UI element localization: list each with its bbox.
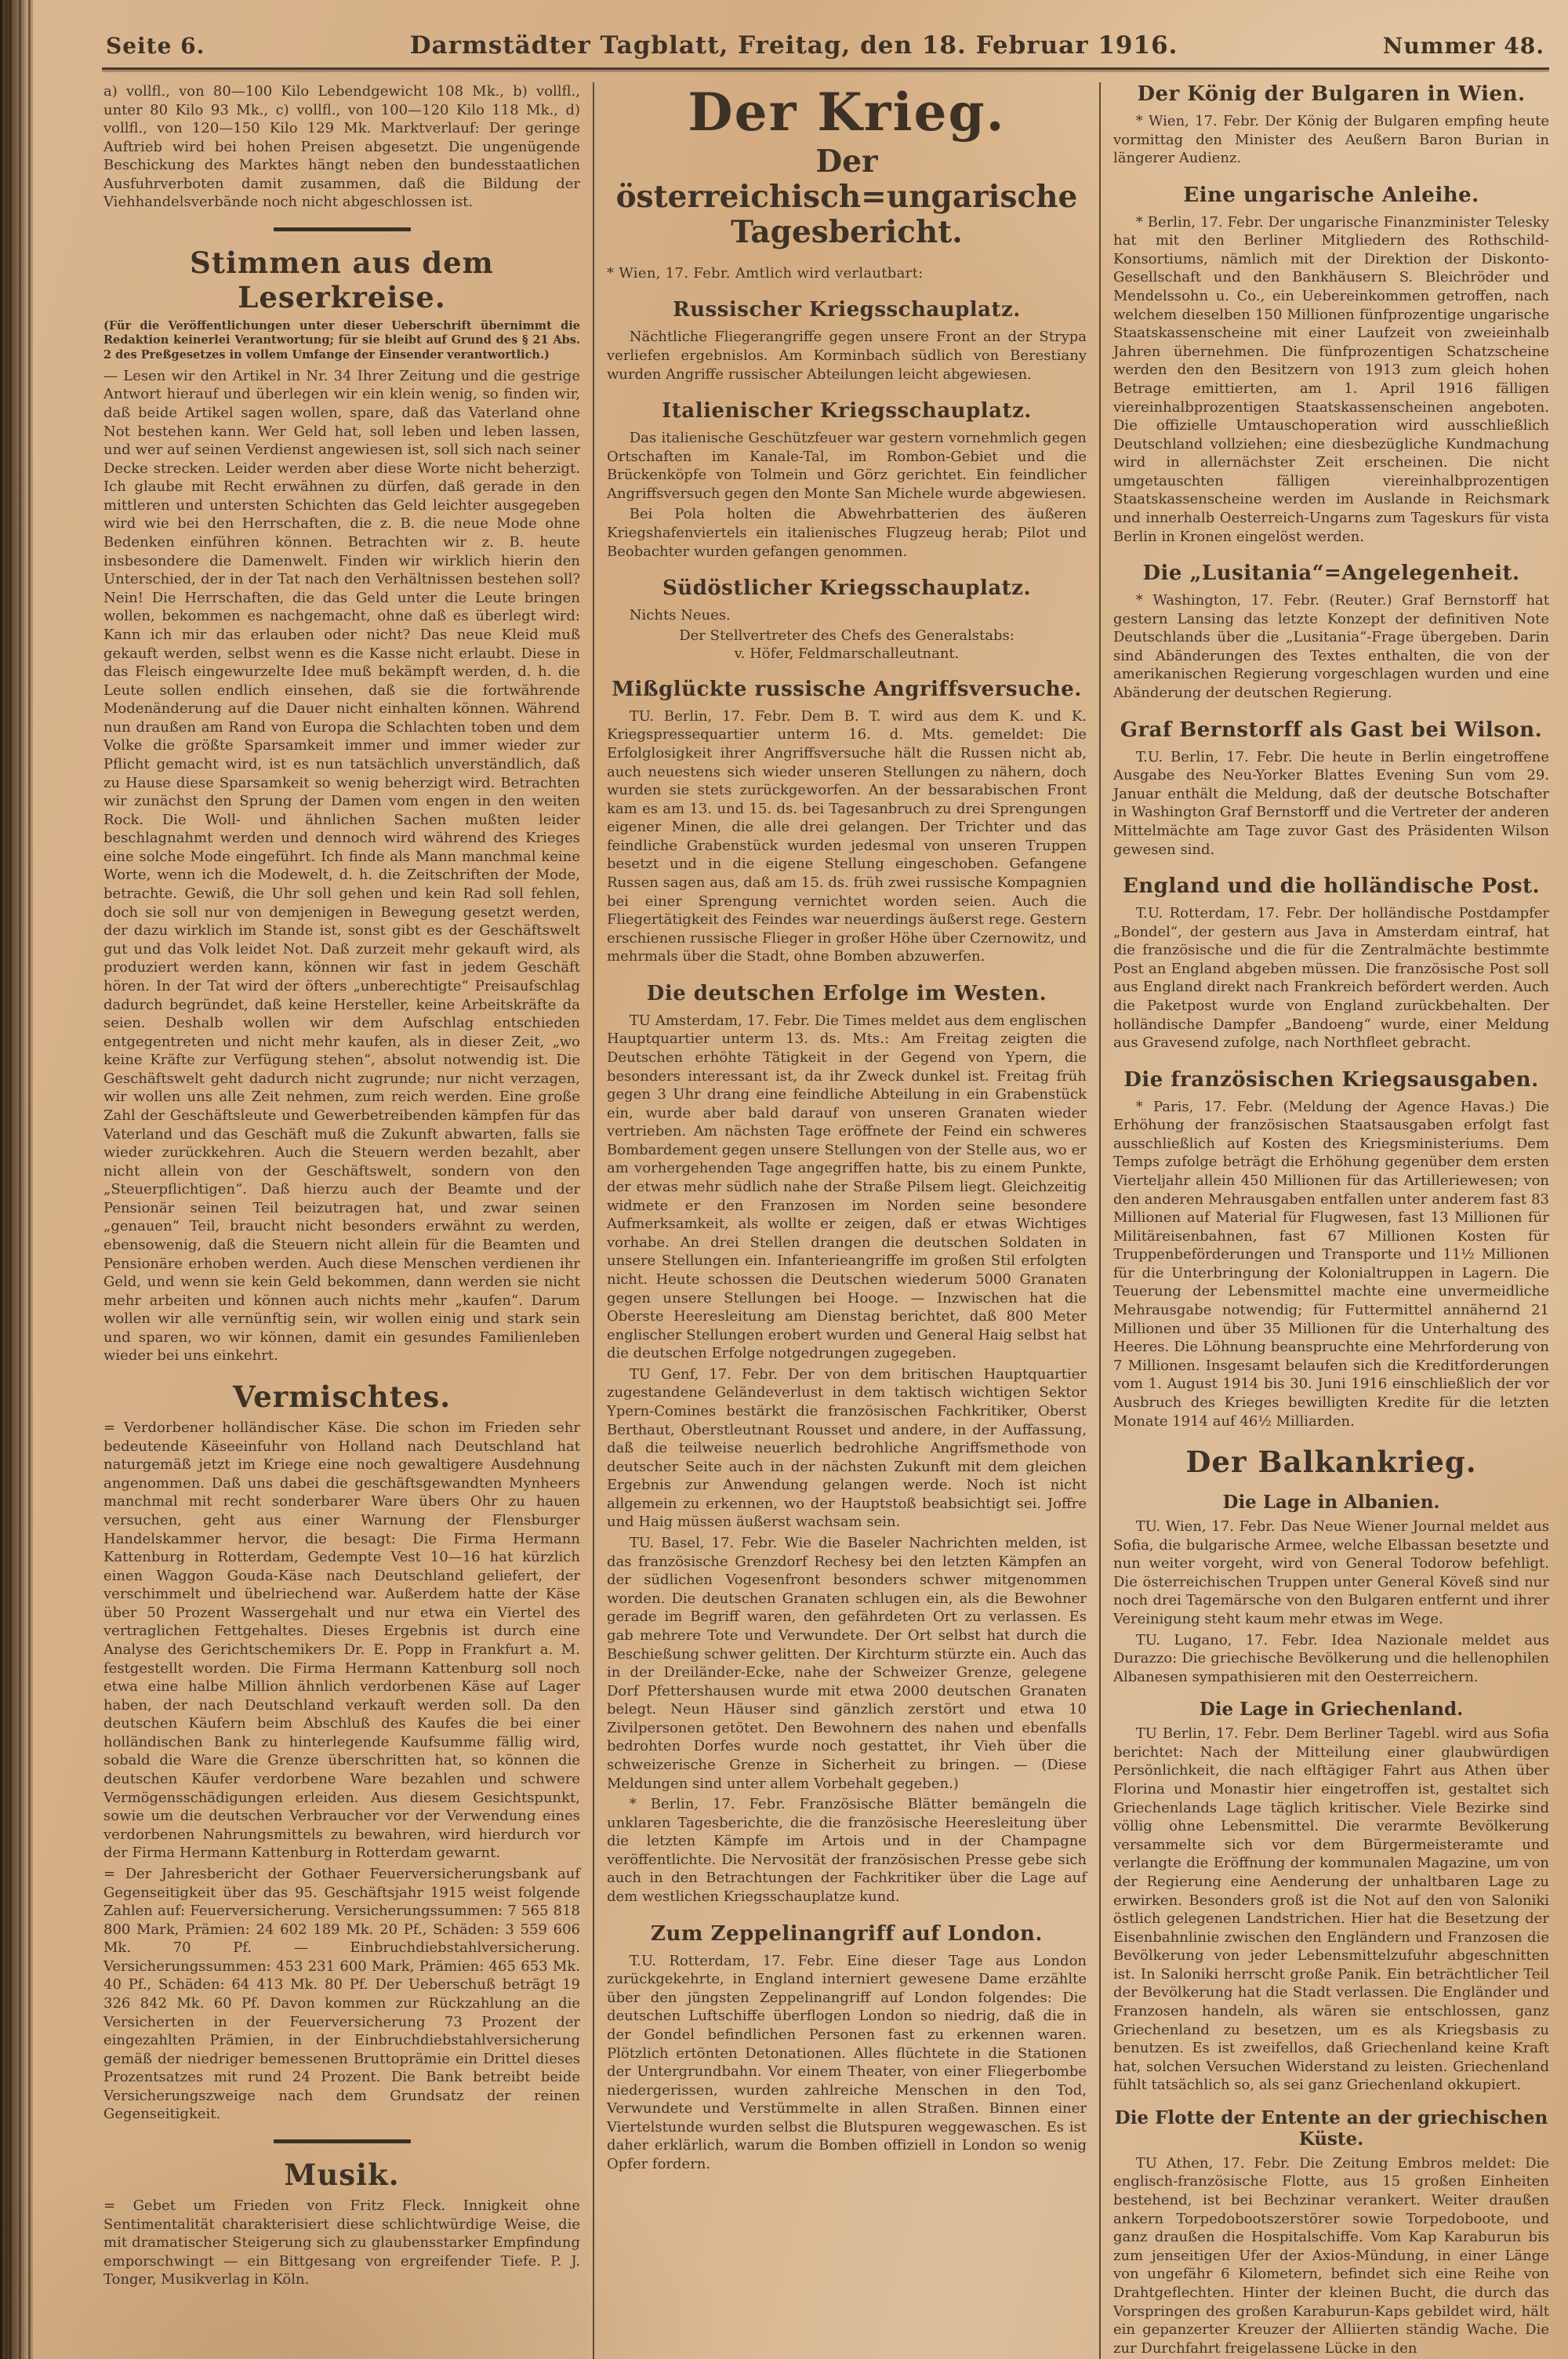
russischer-paragraph: Nächtliche Fliegerangriffe gegen unsere … [607,328,1087,383]
tagesbericht-heading: Der österreichisch=ungarische Tagesberic… [607,144,1087,250]
italienischer-paragraph-2: Bei Pola holten die Abwehrbatterien des … [607,505,1087,561]
bernstorff-paragraph: T.U. Berlin, 17. Febr. Die heute in Berl… [1113,748,1549,859]
book-binding-edge [0,0,33,2359]
italienischer-kriegsschauplatz-heading: Italienischer Kriegsschauplatz. [607,399,1087,423]
kriegsausgaben-heading: Die französischen Kriegsausgaben. [1113,1068,1549,1092]
deutsche-erfolge-paragraph-2: TU Genf, 17. Febr. Der von dem britische… [607,1365,1087,1532]
music-review-paragraph: = Gebet um Frieden von Fritz Fleck. Inni… [103,2197,580,2289]
zeppelinangriff-paragraph: T.U. Rotterdam, 17. Febr. Eine dieser Ta… [607,1952,1087,2174]
page-header: Seite 6. Darmstädter Tagblatt, Freitag, … [0,0,1568,66]
suedoestlicher-kriegsschauplatz-heading: Südöstlicher Kriegsschauplatz. [607,576,1087,600]
columns-container: a) vollfl., von 80—100 Kilo Lebendgewich… [0,70,1568,2359]
bernstorff-heading: Graf Bernstorff als Gast bei Wilson. [1113,718,1549,742]
market-report-paragraph: a) vollfl., von 80—100 Kilo Lebendgewich… [103,82,580,212]
zeppelinangriff-heading: Zum Zeppelinangriff auf London. [607,1922,1087,1946]
page-number-label: Seite 6. [106,33,205,59]
lusitania-heading: Die „Lusitania“=Angelegenheit. [1113,562,1549,585]
balkankrieg-heading: Der Balkankrieg. [1113,1445,1549,1479]
suedoestlicher-paragraph: Nichts Neues. [607,606,1087,625]
signature-line-2: v. Höfer, Feldmarschalleutnant. [607,645,1087,662]
lage-albanien-paragraph-1: TU. Wien, 17. Febr. Das Neue Wiener Jour… [1113,1518,1549,1628]
russischer-kriegsschauplatz-heading: Russischer Kriegsschauplatz. [607,298,1087,322]
masthead-title: Darmstädter Tagblatt, Freitag, den 18. F… [205,31,1382,60]
wien-dateline: * Wien, 17. Febr. Amtlich wird verlautba… [607,264,1087,283]
musik-heading: Musik. [103,2157,580,2192]
lage-albanien-paragraph-2: TU. Lugano, 17. Febr. Idea Nazionale mel… [1113,1631,1549,1687]
lage-griechenland-heading: Die Lage in Griechenland. [1113,1699,1549,1720]
flotte-entente-paragraph: TU Athen, 17. Febr. Die Zeitung Embros m… [1113,2154,1549,2357]
koenig-bulgaren-paragraph: * Wien, 17. Febr. Der König der Bulgaren… [1113,112,1549,168]
deutsche-erfolge-paragraph-3: TU. Basel, 17. Febr. Wie die Baseler Nac… [607,1534,1087,1793]
kriegsausgaben-paragraph: * Paris, 17. Febr. (Meldung der Agence H… [1113,1098,1549,1430]
section-divider [274,227,411,231]
krieg-main-heading: Der Krieg. [607,85,1087,140]
issue-number-label: Nummer 48. [1383,33,1544,59]
deutsche-erfolge-heading: Die deutschen Erfolge im Westen. [607,982,1087,1005]
ungarische-anleihe-paragraph: * Berlin, 17. Febr. Der ungarische Finan… [1113,213,1549,546]
editorial-disclaimer-note: (Für die Veröffentlichungen unter dieser… [103,319,580,362]
cheese-article-paragraph: = Verdorbener holländischer Käse. Die sc… [103,1419,580,1863]
section-divider [274,2139,411,2143]
insurance-report-paragraph: = Der Jahresbericht der Gothaer Feuerver… [103,1865,580,2124]
column-left: a) vollfl., von 80—100 Kilo Lebendgewich… [100,82,593,2359]
deutsche-erfolge-paragraph-1: TU Amsterdam, 17. Febr. Die Times meldet… [607,1012,1087,1363]
ungarische-anleihe-heading: Eine ungarische Anleihe. [1113,184,1549,207]
lusitania-paragraph: * Washington, 17. Febr. (Reuter.) Graf B… [1113,591,1549,702]
flotte-entente-heading: Die Flotte der Entente an der griechisch… [1113,2107,1549,2150]
koenig-bulgaren-heading: Der König der Bulgaren in Wien. [1113,82,1549,106]
signature-line-1: Der Stellvertreter des Chefs des General… [607,627,1087,644]
column-right: Der König der Bulgaren in Wien. * Wien, … [1101,82,1552,2359]
vermischtes-heading: Vermischtes. [103,1379,580,1414]
italienischer-paragraph-1: Das italienische Geschützfeuer war geste… [607,429,1087,503]
deutsche-erfolge-paragraph-4: * Berlin, 17. Febr. Französische Blätter… [607,1795,1087,1906]
lage-griechenland-paragraph: TU Berlin, 17. Febr. Dem Berliner Tagebl… [1113,1725,1549,2095]
hollaendische-post-heading: England und die holländische Post. [1113,874,1549,898]
lage-albanien-heading: Die Lage in Albanien. [1113,1492,1549,1513]
reader-letter-paragraph: — Lesen wir den Artikel in Nr. 34 Ihrer … [103,367,580,1365]
hollaendische-post-paragraph: T.U. Rotterdam, 17. Febr. Der holländisc… [1113,904,1549,1052]
missglueckte-angriffe-heading: Mißglückte russische Angriffsversuche. [607,678,1087,701]
column-middle: Der Krieg. Der österreichisch=ungarische… [593,82,1101,2359]
newspaper-page: Seite 6. Darmstädter Tagblatt, Freitag, … [0,0,1568,2359]
leserkreise-heading: Stimmen aus dem Leserkreise. [103,245,580,314]
missglueckte-angriffe-paragraph: TU. Berlin, 17. Febr. Dem B. T. wird aus… [607,707,1087,966]
